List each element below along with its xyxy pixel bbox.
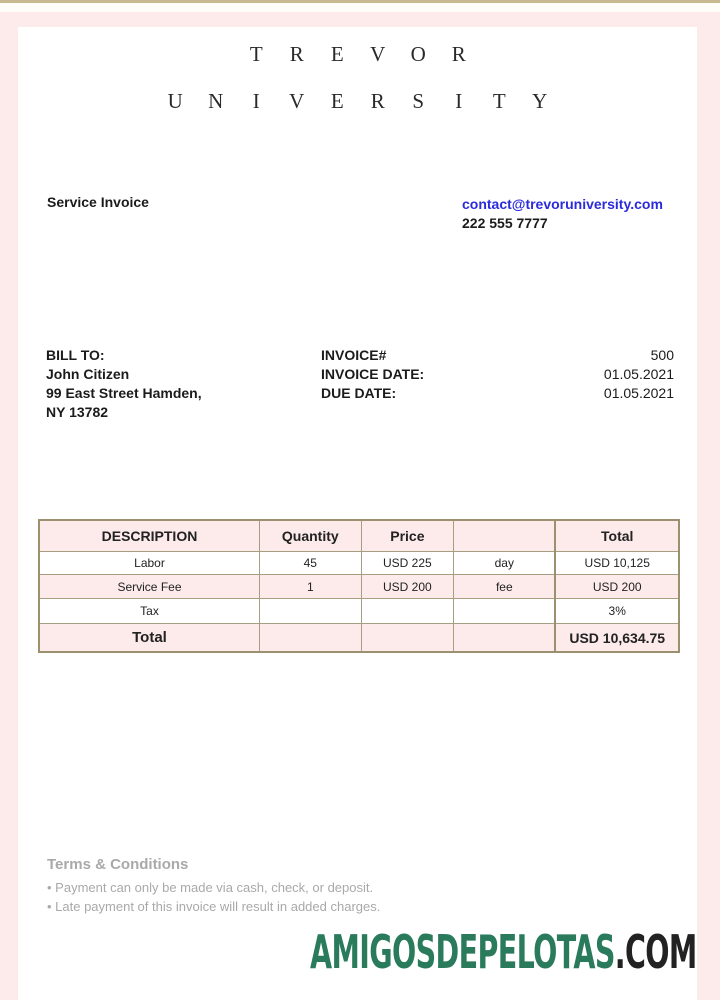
due-date-label: DUE DATE: <box>321 384 424 403</box>
watermark-logo: AMIGOSDEPELOTAS.COM <box>310 924 697 980</box>
due-date-value: 01.05.2021 <box>604 384 674 403</box>
invoice-page: TREVOR UNIVERSITY Service Invoice contac… <box>18 27 697 1000</box>
invoice-date-value: 01.05.2021 <box>604 365 674 384</box>
watermark-tld: .COM <box>615 925 697 979</box>
cell-price: USD 200 <box>361 575 454 599</box>
brand-letter: I <box>439 89 480 114</box>
brand-letter: I <box>236 89 277 114</box>
table-total-row: Total USD 10,634.75 <box>39 624 679 653</box>
header-description: DESCRIPTION <box>39 520 259 552</box>
cell-price: USD 225 <box>361 552 454 575</box>
cell-empty <box>259 624 361 653</box>
cell-price <box>361 599 454 624</box>
header-quantity: Quantity <box>259 520 361 552</box>
top-bar <box>0 0 720 12</box>
cell-quantity <box>259 599 361 624</box>
table-row: Service Fee 1 USD 200 fee USD 200 <box>39 575 679 599</box>
cell-unit: day <box>454 552 556 575</box>
header-price: Price <box>361 520 454 552</box>
invoice-meta-labels: INVOICE# INVOICE DATE: DUE DATE: <box>321 346 424 403</box>
table-row: Tax 3% <box>39 599 679 624</box>
bill-to-address-line1: 99 East Street Hamden, <box>46 384 202 403</box>
bill-to-label: BILL TO: <box>46 346 202 365</box>
cell-quantity: 1 <box>259 575 361 599</box>
brand-letter: E <box>317 42 358 67</box>
cell-total: USD 200 <box>555 575 679 599</box>
brand-letter: U <box>155 89 196 114</box>
watermark-main: AMIGOSDEPELOTAS <box>310 925 615 979</box>
brand-letter: T <box>236 42 277 67</box>
contact-block: contact@trevoruniversity.com 222 555 777… <box>462 195 663 233</box>
brand-letter: E <box>317 89 358 114</box>
brand-letter: R <box>277 42 318 67</box>
header-total: Total <box>555 520 679 552</box>
total-label: Total <box>39 624 259 653</box>
brand-letter: N <box>196 89 237 114</box>
brand-title-line1: TREVOR <box>18 42 697 67</box>
total-value: USD 10,634.75 <box>555 624 679 653</box>
cell-total: USD 10,125 <box>555 552 679 575</box>
terms-section: Terms & Conditions • Payment can only be… <box>47 856 380 916</box>
contact-phone: 222 555 7777 <box>462 214 663 233</box>
invoice-number-label: INVOICE# <box>321 346 424 365</box>
brand-letter: S <box>398 89 439 114</box>
brand-letter: V <box>358 42 399 67</box>
bill-to-address-line2: NY 13782 <box>46 403 202 422</box>
terms-title: Terms & Conditions <box>47 856 380 873</box>
invoice-meta-values: 500 01.05.2021 01.05.2021 <box>604 346 674 403</box>
terms-item: • Late payment of this invoice will resu… <box>47 897 380 916</box>
cell-quantity: 45 <box>259 552 361 575</box>
cell-total: 3% <box>555 599 679 624</box>
cell-description: Labor <box>39 552 259 575</box>
table-row: Labor 45 USD 225 day USD 10,125 <box>39 552 679 575</box>
brand-letter: Y <box>520 89 561 114</box>
brand-title-line2: UNIVERSITY <box>18 89 697 114</box>
table-header-row: DESCRIPTION Quantity Price Total <box>39 520 679 552</box>
header-unit <box>454 520 556 552</box>
brand-letter: R <box>358 89 399 114</box>
contact-email-link[interactable]: contact@trevoruniversity.com <box>462 195 663 214</box>
cell-description: Tax <box>39 599 259 624</box>
invoice-date-label: INVOICE DATE: <box>321 365 424 384</box>
brand-letter: R <box>439 42 480 67</box>
bill-to-name: John Citizen <box>46 365 202 384</box>
invoice-number-value: 500 <box>604 346 674 365</box>
cell-unit <box>454 599 556 624</box>
cell-unit: fee <box>454 575 556 599</box>
brand-letter: V <box>277 89 318 114</box>
cell-empty <box>361 624 454 653</box>
brand-letter: O <box>398 42 439 67</box>
document-title: Service Invoice <box>47 194 149 210</box>
brand-letter: T <box>479 89 520 114</box>
cell-empty <box>454 624 556 653</box>
terms-item: • Payment can only be made via cash, che… <box>47 878 380 897</box>
line-items-table: DESCRIPTION Quantity Price Total Labor 4… <box>38 519 680 653</box>
bill-to-block: BILL TO: John Citizen 99 East Street Ham… <box>46 346 202 422</box>
cell-description: Service Fee <box>39 575 259 599</box>
